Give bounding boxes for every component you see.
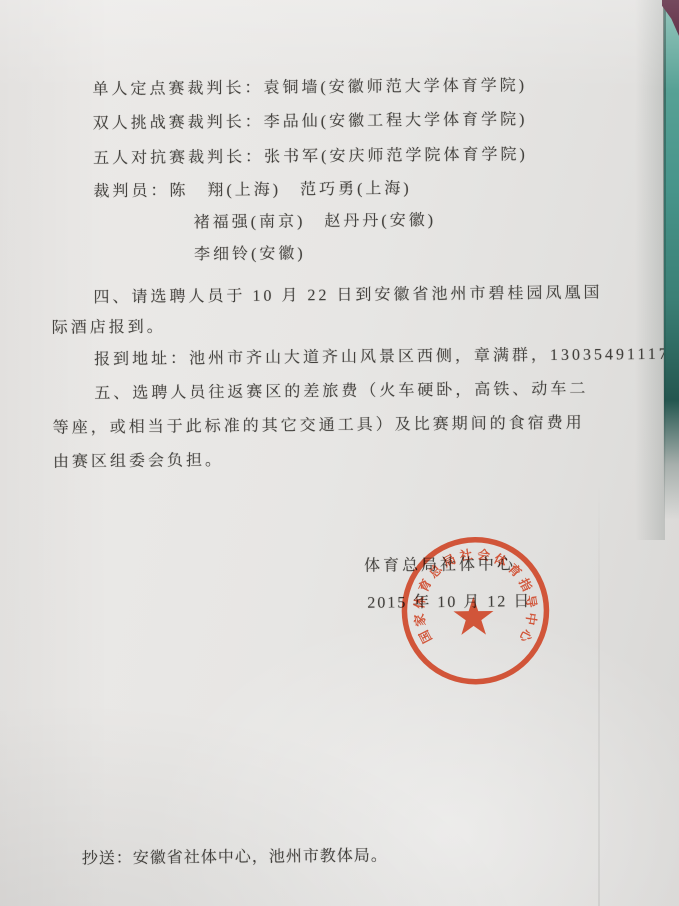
item4-line-1: 四、请选聘人员于 10 月 22 日到安徽省池州市碧桂园凤凰国 (93, 283, 602, 308)
official-seal-stamp: 国家体育总局社会体育指导中心 (395, 530, 557, 692)
svg-text:国: 国 (416, 627, 434, 645)
judges-line-3: 李细铃(安徽) (194, 244, 306, 265)
item5-line-2: 等座，或相当于此标准的其它交通工具）及比赛期间的食宿费用 (53, 414, 585, 439)
referee-line-double: 双人挑战赛裁判长：李品仙(安徽工程大学体育学院) (93, 110, 528, 134)
item5-line-1: 五、选聘人员往返赛区的差旅费（火车硬卧，高铁、动车二 (94, 380, 588, 405)
paper-edge-line (663, 0, 666, 490)
document-page: 单人定点赛裁判长：袁铜墙(安徽师范大学体育学院) 双人挑战赛裁判长：李品仙(安徽… (0, 0, 679, 906)
paper-crease (598, 480, 600, 906)
judges-line-2: 褚福强(南京) 赵丹丹(安徽) (194, 211, 437, 233)
svg-text:体: 体 (411, 595, 428, 610)
cc-line: 抄送：安徽省社体中心，池州市教体局。 (82, 847, 388, 870)
referee-line-single: 单人定点赛裁判长：袁铜墙(安徽师范大学体育学院) (92, 76, 527, 100)
document-photo: 单人定点赛裁判长：袁铜墙(安徽师范大学体育学院) 双人挑战赛裁判长：李品仙(安徽… (0, 0, 679, 906)
svg-text:心: 心 (516, 626, 536, 645)
registration-address-line: 报到地址：池州市齐山大道齐山风景区西侧，章满群，13035491117 (94, 345, 670, 371)
svg-text:导: 导 (523, 594, 540, 609)
svg-text:社: 社 (458, 546, 474, 563)
item4-line-2: 际酒店报到。 (52, 318, 166, 339)
item5-line-3: 由赛区组委会负担。 (53, 451, 224, 473)
background-strip (664, 0, 679, 520)
svg-text:中: 中 (523, 612, 540, 627)
svg-text:总: 总 (425, 561, 445, 581)
seal-star-icon (453, 597, 493, 635)
referee-line-team: 五人对抗赛裁判长：张书军(安庆师范学院体育学院) (93, 145, 528, 169)
svg-text:局: 局 (441, 552, 459, 570)
svg-text:指: 指 (516, 575, 536, 594)
svg-text:会: 会 (477, 546, 492, 563)
svg-text:育: 育 (415, 576, 434, 594)
judges-line-1: 裁判员：陈 翔(上海) 范巧勇(上海) (93, 179, 412, 202)
svg-text:家: 家 (411, 612, 428, 627)
paper-edge-shadow (635, 0, 665, 540)
svg-text:体: 体 (492, 551, 510, 570)
svg-text:育: 育 (505, 561, 525, 581)
